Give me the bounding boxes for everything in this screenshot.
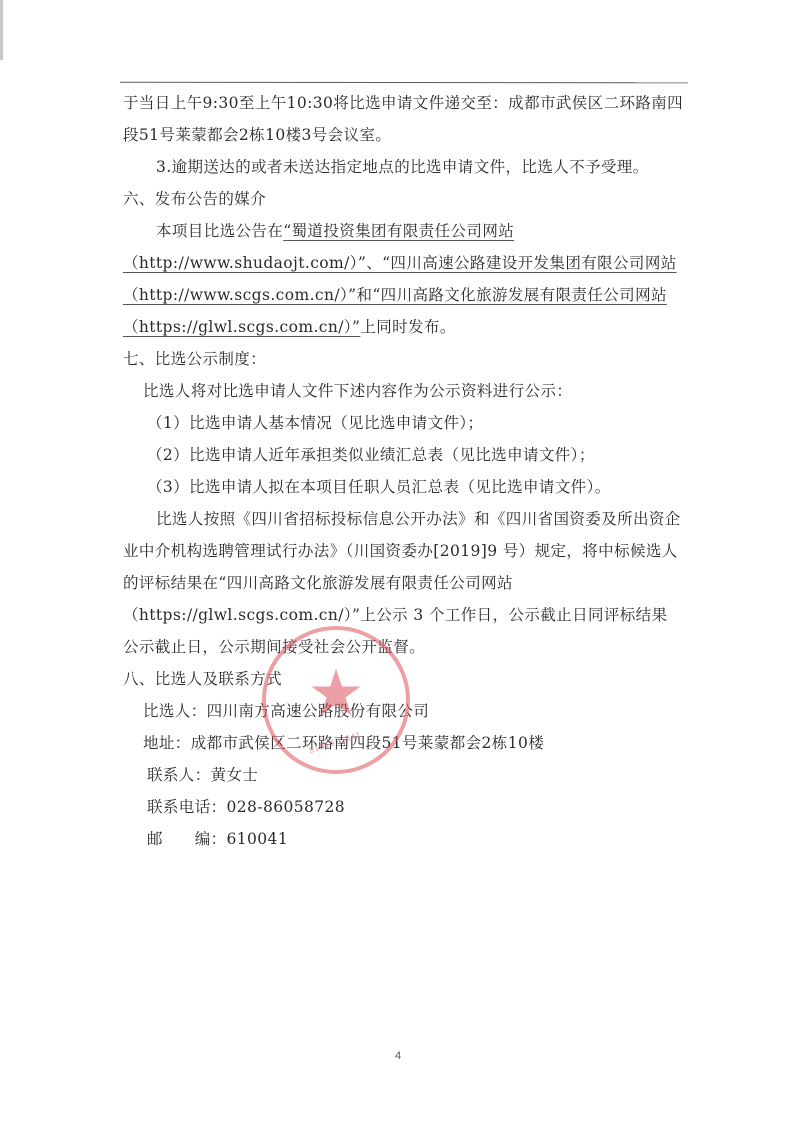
- text-span: 本项目比选公告在: [156, 222, 283, 240]
- address-label: 地址：: [143, 734, 191, 752]
- phone-label: 联系电话：: [147, 798, 227, 816]
- address-value: 成都市武侯区二环路南四段51号莱蒙都会2栋10楼: [191, 734, 544, 752]
- section-6-paragraph: 本项目比选公告在“蜀道投资集团有限责任公司网站: [123, 218, 718, 244]
- contact-value: 黄女士: [211, 766, 259, 784]
- list-item: （3）比选申请人拟在本项目任职人员汇总表（见比选申请文件）。: [123, 474, 709, 500]
- bidder-value: 四川南方高速公路股份有限公司: [207, 702, 430, 720]
- text-line: 3.逾期送达的或者未送达指定地点的比选申请文件，比选人不予受理。: [123, 154, 718, 180]
- website-link-glwl[interactable]: （https://glwl.scgs.com.cn/）”: [123, 318, 360, 336]
- postcode-row: 邮 编：610041: [123, 826, 709, 852]
- text-line: 段51号莱蒙都会2栋10楼3号会议室。: [123, 122, 685, 148]
- website-links-line[interactable]: （http://www.shudaojt.com/）”、“四川高速公路建设开发集…: [123, 250, 685, 276]
- website-links-line[interactable]: （http://www.scgs.com.cn/）”和“四川高路文化旅游发展有限…: [123, 282, 685, 308]
- text-line: 业中介机构选聘管理试行办法》（川国资委办[2019]9 号）规定，将中标候选人: [123, 538, 685, 564]
- section-8-heading: 八、比选人及联系方式: [123, 666, 685, 692]
- website-link-shudao[interactable]: “蜀道投资集团有限责任公司网站: [283, 222, 514, 240]
- section-7-heading: 七、比选公示制度：: [123, 346, 685, 372]
- text-line: （https://glwl.scgs.com.cn/）”上公示 3 个工作日，公…: [123, 602, 685, 628]
- address-row: 地址：成都市武侯区二环路南四段51号莱蒙都会2栋10楼: [123, 730, 705, 756]
- text-line: 比选人按照《四川省招标投标信息公开办法》和《四川省国资委及所出资企: [123, 506, 718, 532]
- postcode-label: 邮 编：: [147, 830, 227, 848]
- text-line: 公示截止日，公示期间接受社会公开监督。: [123, 634, 685, 660]
- list-item: （2）比选申请人近年承担类似业绩汇总表（见比选申请文件）；: [123, 442, 709, 468]
- header-rule: [120, 82, 688, 83]
- text-line: 于当日上午9:30至上午10:30将比选申请文件递交至：成都市武侯区二环路南四: [123, 90, 685, 116]
- text-line: 的评标结果在“四川高路文化旅游发展有限责任公司网站: [123, 570, 685, 596]
- bidder-label: 比选人：: [143, 702, 207, 720]
- page-number: 4: [395, 1050, 401, 1062]
- bidder-row: 比选人：四川南方高速公路股份有限公司: [123, 698, 705, 724]
- phone-row: 联系电话：028-86058728: [123, 794, 709, 820]
- postcode-value: 610041: [227, 830, 289, 848]
- contact-label: 联系人：: [147, 766, 211, 784]
- text-span: 上同时发布。: [360, 318, 455, 336]
- phone-value: 028-86058728: [227, 798, 346, 816]
- section-6-heading: 六、发布公告的媒介: [123, 186, 685, 212]
- website-links-line: （https://glwl.scgs.com.cn/）”上同时发布。: [123, 314, 685, 340]
- scan-edge: [0, 0, 3, 60]
- contact-row: 联系人：黄女士: [123, 762, 709, 788]
- section-7-intro: 比选人将对比选申请人文件下述内容作为公示资料进行公示：: [123, 378, 705, 404]
- list-item: （1）比选申请人基本情况（见比选申请文件）；: [123, 410, 709, 436]
